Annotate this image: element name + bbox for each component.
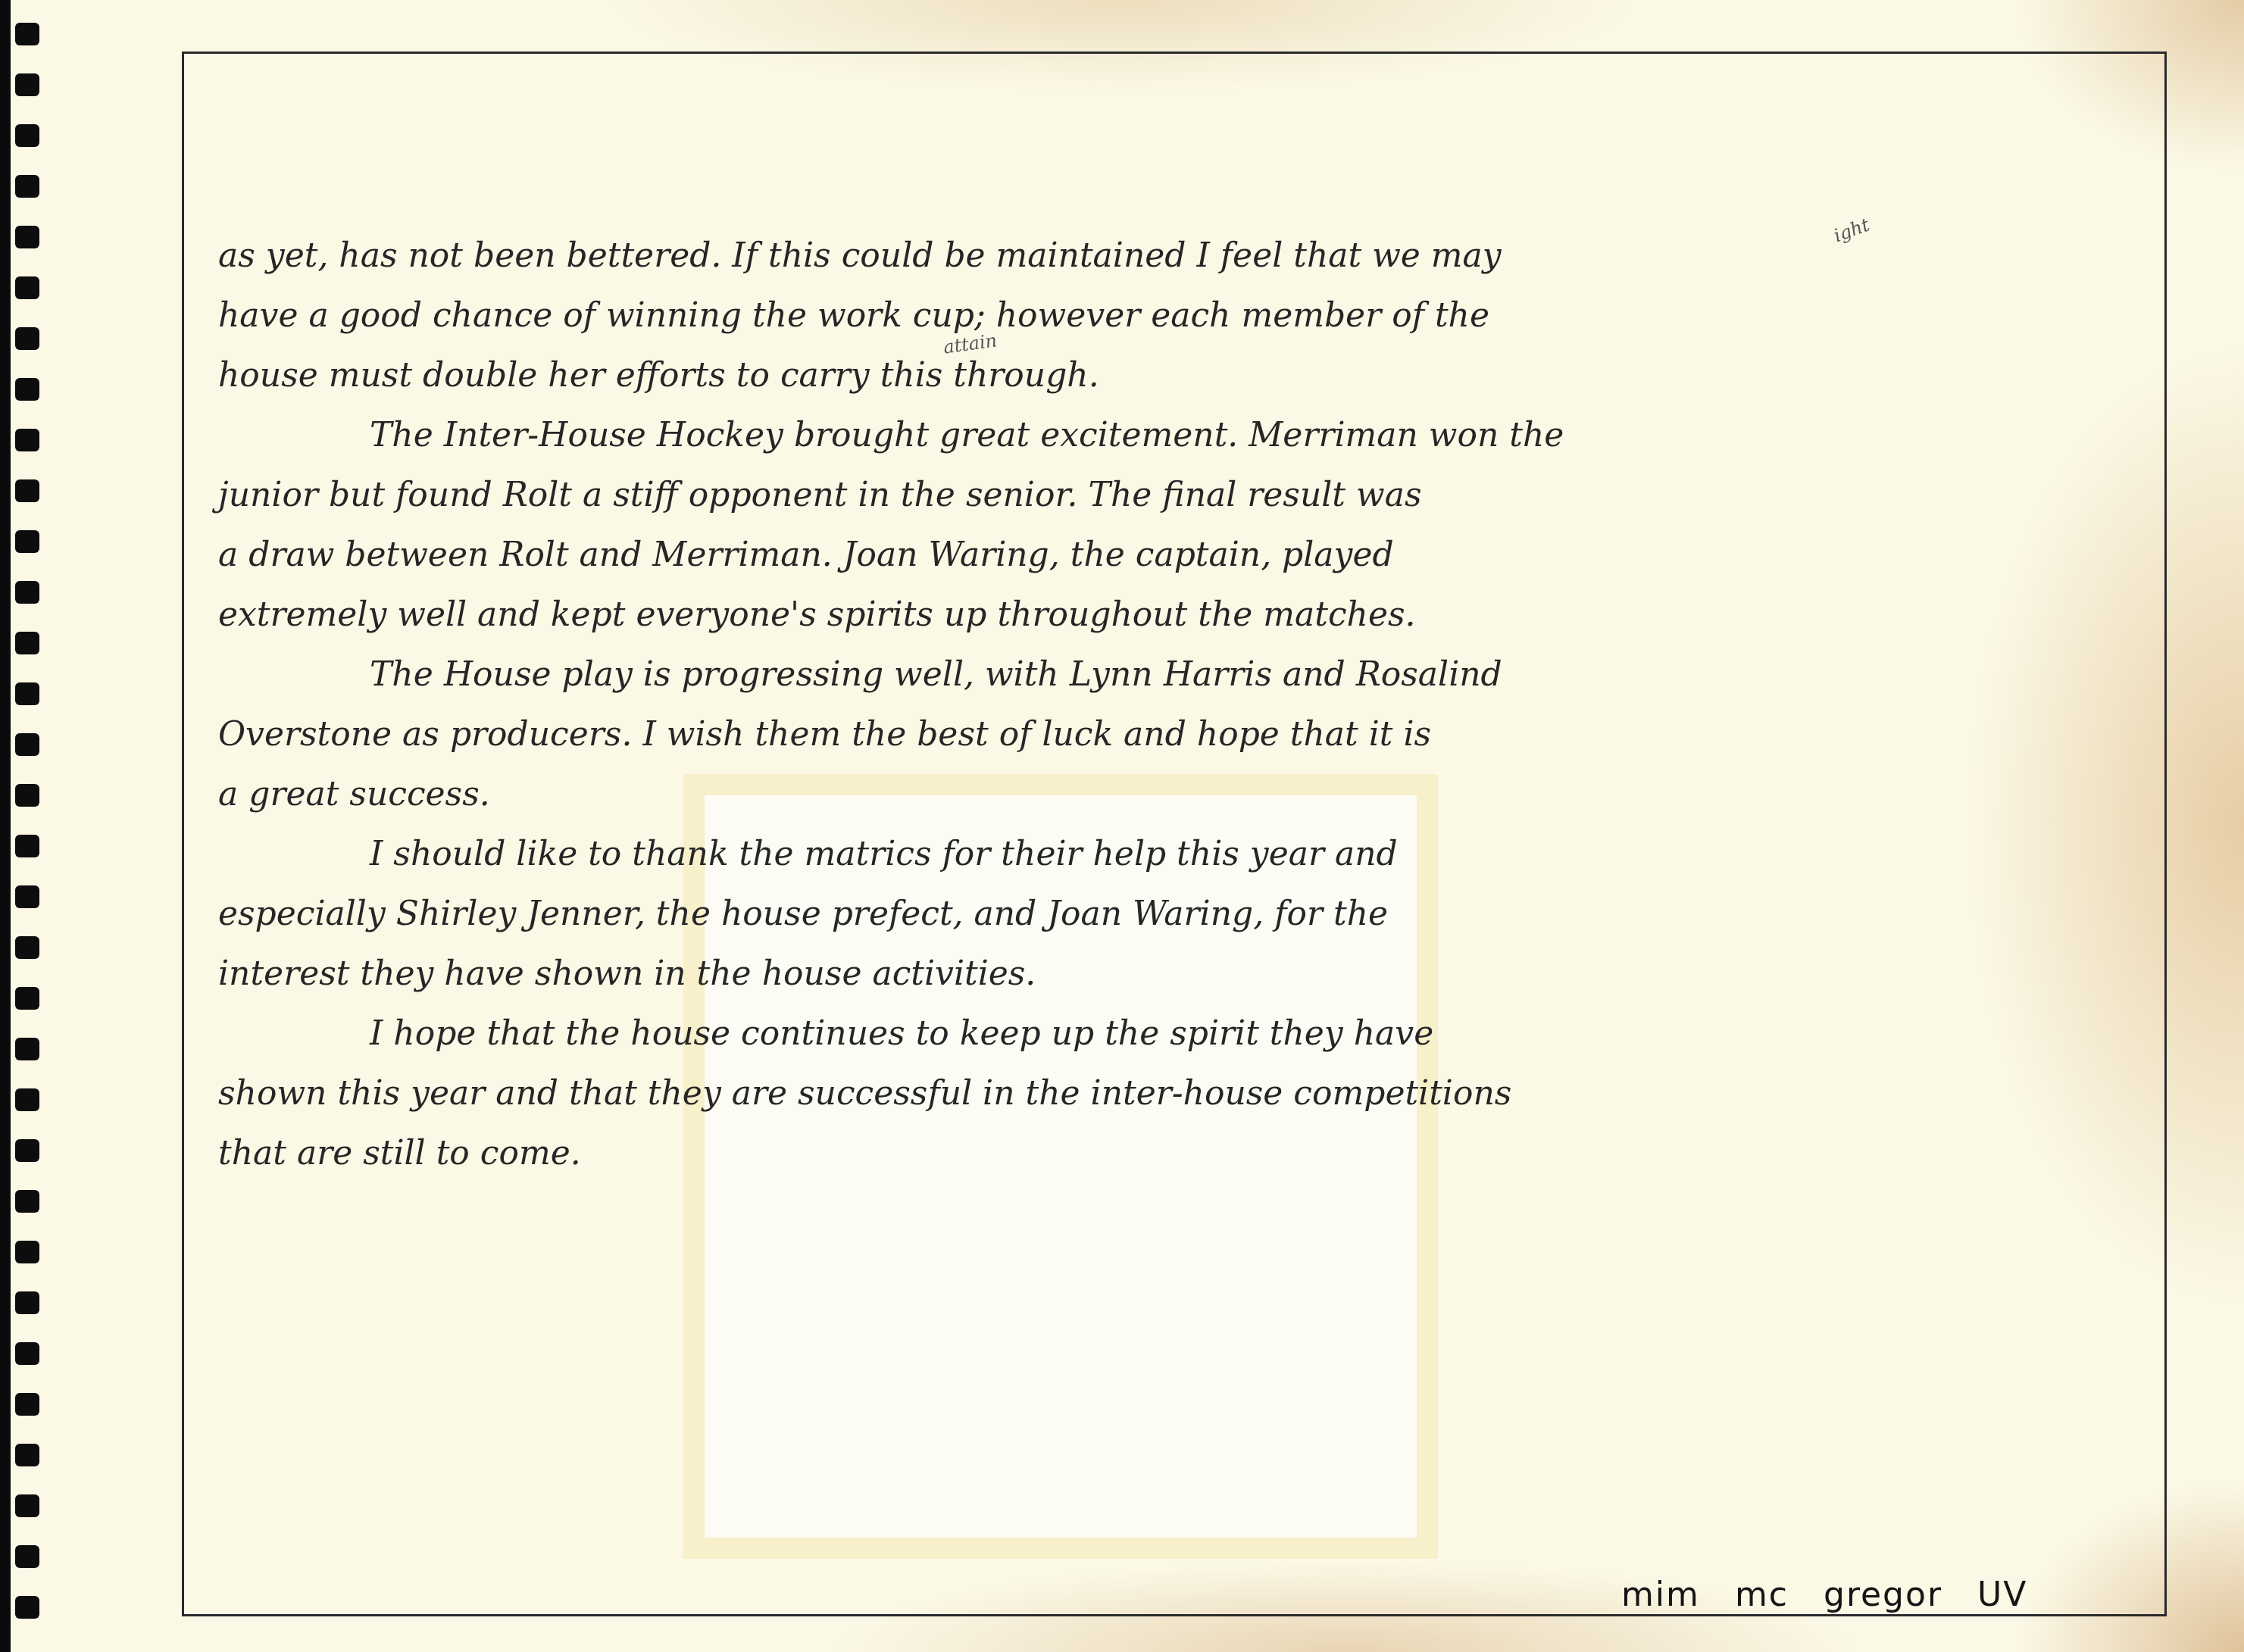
binding-hole — [15, 1088, 39, 1111]
binding-hole — [15, 73, 39, 96]
binding-hole — [15, 479, 39, 502]
text-line: that are still to come. — [218, 1123, 1923, 1183]
text-line: a great success. — [218, 764, 1923, 824]
binding-hole — [15, 23, 39, 45]
binding-hole — [15, 987, 39, 1010]
author-signature: mim mc gregor UV — [1621, 1575, 2027, 1614]
binding-spine — [0, 0, 11, 1652]
binding-hole — [15, 1545, 39, 1568]
binding-hole — [15, 175, 39, 198]
binding-hole — [15, 1342, 39, 1365]
binding-hole — [15, 1393, 39, 1416]
binding-hole — [15, 530, 39, 553]
binding-hole — [15, 1190, 39, 1213]
binding-hole — [15, 1038, 39, 1060]
text-line: house must double her efforts to carry t… — [218, 345, 1923, 405]
text-line: I hope that the house continues to keep … — [218, 1004, 1923, 1063]
binding-hole — [15, 226, 39, 248]
binding-hole — [15, 429, 39, 451]
text-line: The Inter-House Hockey brought great exc… — [218, 405, 1923, 465]
binding-hole — [15, 885, 39, 908]
notebook-page: as yet, has not been bettered. If this c… — [0, 0, 2244, 1652]
binding-hole — [15, 784, 39, 807]
text-line: shown this year and that they are succes… — [218, 1063, 1923, 1123]
text-line: as yet, has not been bettered. If this c… — [218, 226, 1923, 286]
binding-hole — [15, 581, 39, 604]
binding-hole — [15, 936, 39, 959]
text-line: interest they have shown in the house ac… — [218, 944, 1923, 1004]
spiral-binding — [0, 0, 47, 1652]
text-line: have a good chance of winning the work c… — [218, 286, 1923, 345]
text-line: a draw between Rolt and Merriman. Joan W… — [218, 525, 1923, 585]
binding-hole — [15, 1444, 39, 1466]
binding-hole — [15, 1241, 39, 1263]
handwritten-text-body: as yet, has not been bettered. If this c… — [218, 226, 1923, 1183]
binding-hole — [15, 632, 39, 654]
binding-hole — [15, 1139, 39, 1162]
text-line: junior but found Rolt a stiff opponent i… — [218, 465, 1923, 525]
binding-hole — [15, 1596, 39, 1619]
text-line: extremely well and kept everyone's spiri… — [218, 585, 1923, 645]
binding-hole — [15, 733, 39, 756]
binding-hole — [15, 835, 39, 857]
binding-hole — [15, 1291, 39, 1314]
binding-hole — [15, 378, 39, 401]
text-line: The House play is progressing well, with… — [218, 645, 1923, 704]
binding-hole — [15, 276, 39, 299]
text-line: I should like to thank the matrics for t… — [218, 824, 1923, 884]
binding-hole — [15, 682, 39, 705]
text-line: especially Shirley Jenner, the house pre… — [218, 884, 1923, 944]
binding-hole — [15, 124, 39, 147]
text-line: Overstone as producers. I wish them the … — [218, 704, 1923, 764]
binding-hole — [15, 327, 39, 350]
binding-hole — [15, 1494, 39, 1517]
